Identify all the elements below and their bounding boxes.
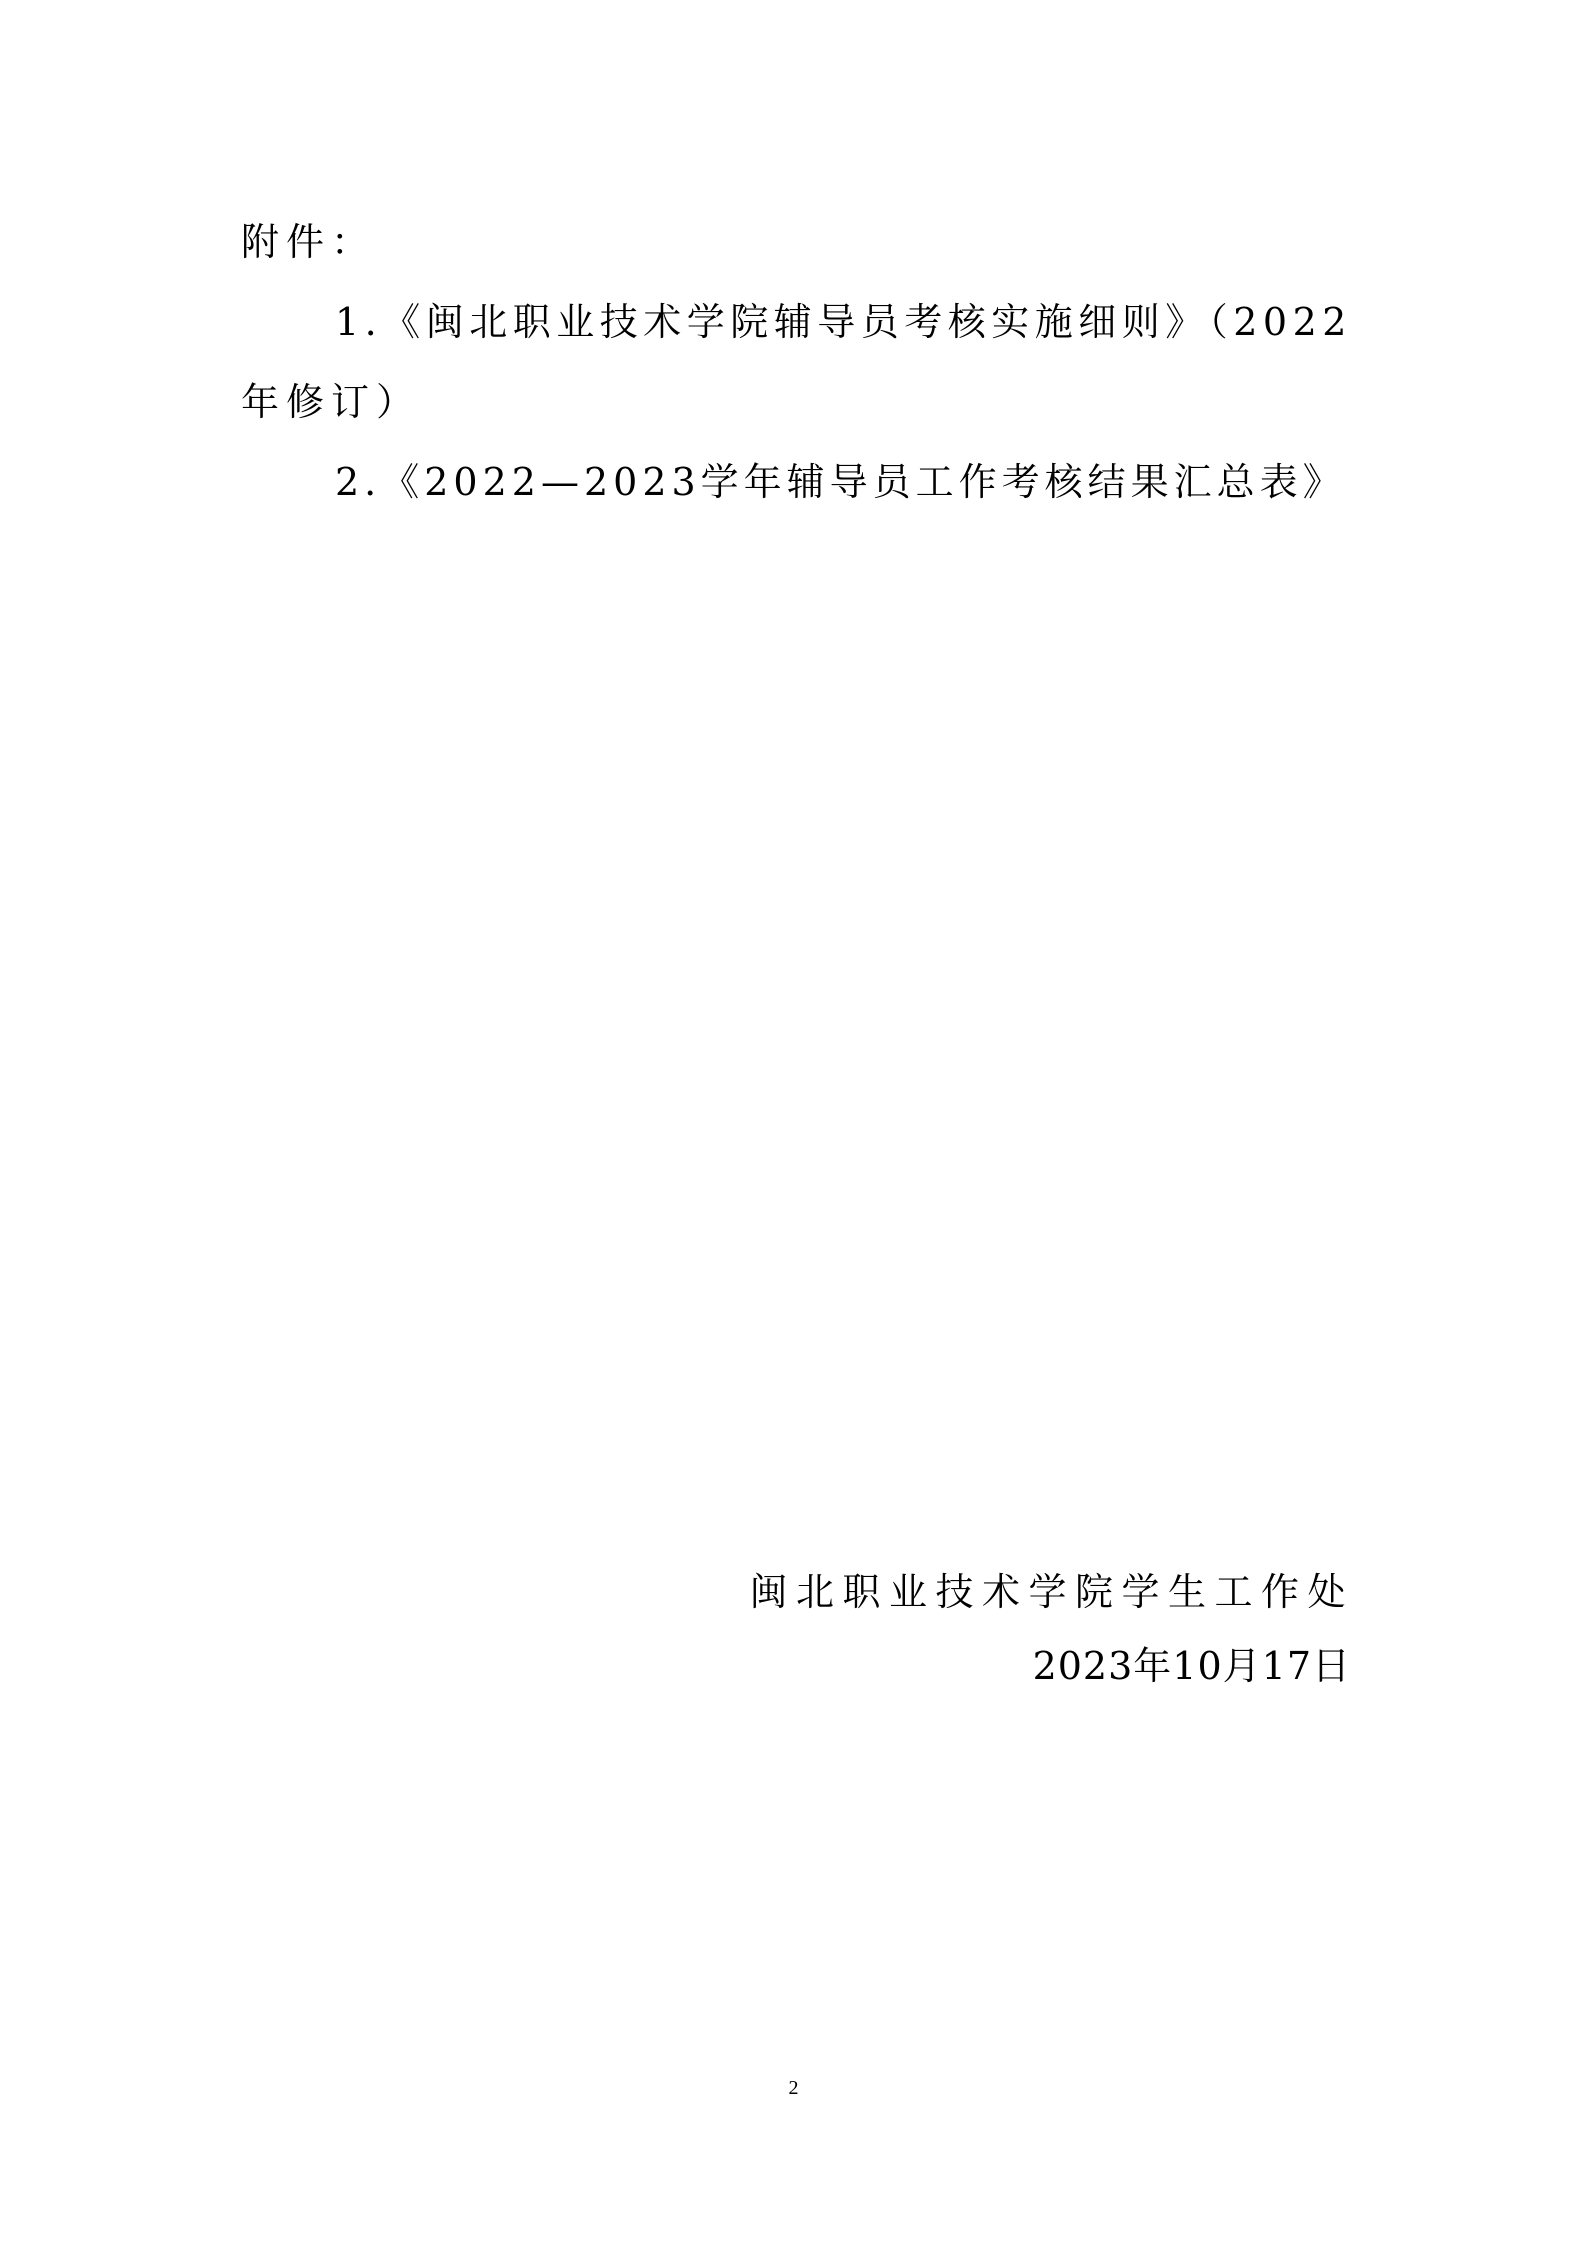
signature-organization: 闽北职业技术学院学生工作处 — [749, 1568, 1354, 1616]
signature-date: 2023年10月17日 — [1033, 1642, 1351, 1690]
attachments-heading: 附件： — [241, 218, 376, 266]
attachment-item-1-continued: 年修订） — [241, 378, 421, 426]
page-number: 2 — [0, 2077, 1587, 2100]
attachment-item-2: 2.《2022—2023学年辅导员工作考核结果汇总表》 — [335, 458, 1346, 506]
attachment-item-1: 1.《闽北职业技术学院辅导员考核实施细则》（2022 — [335, 298, 1352, 346]
